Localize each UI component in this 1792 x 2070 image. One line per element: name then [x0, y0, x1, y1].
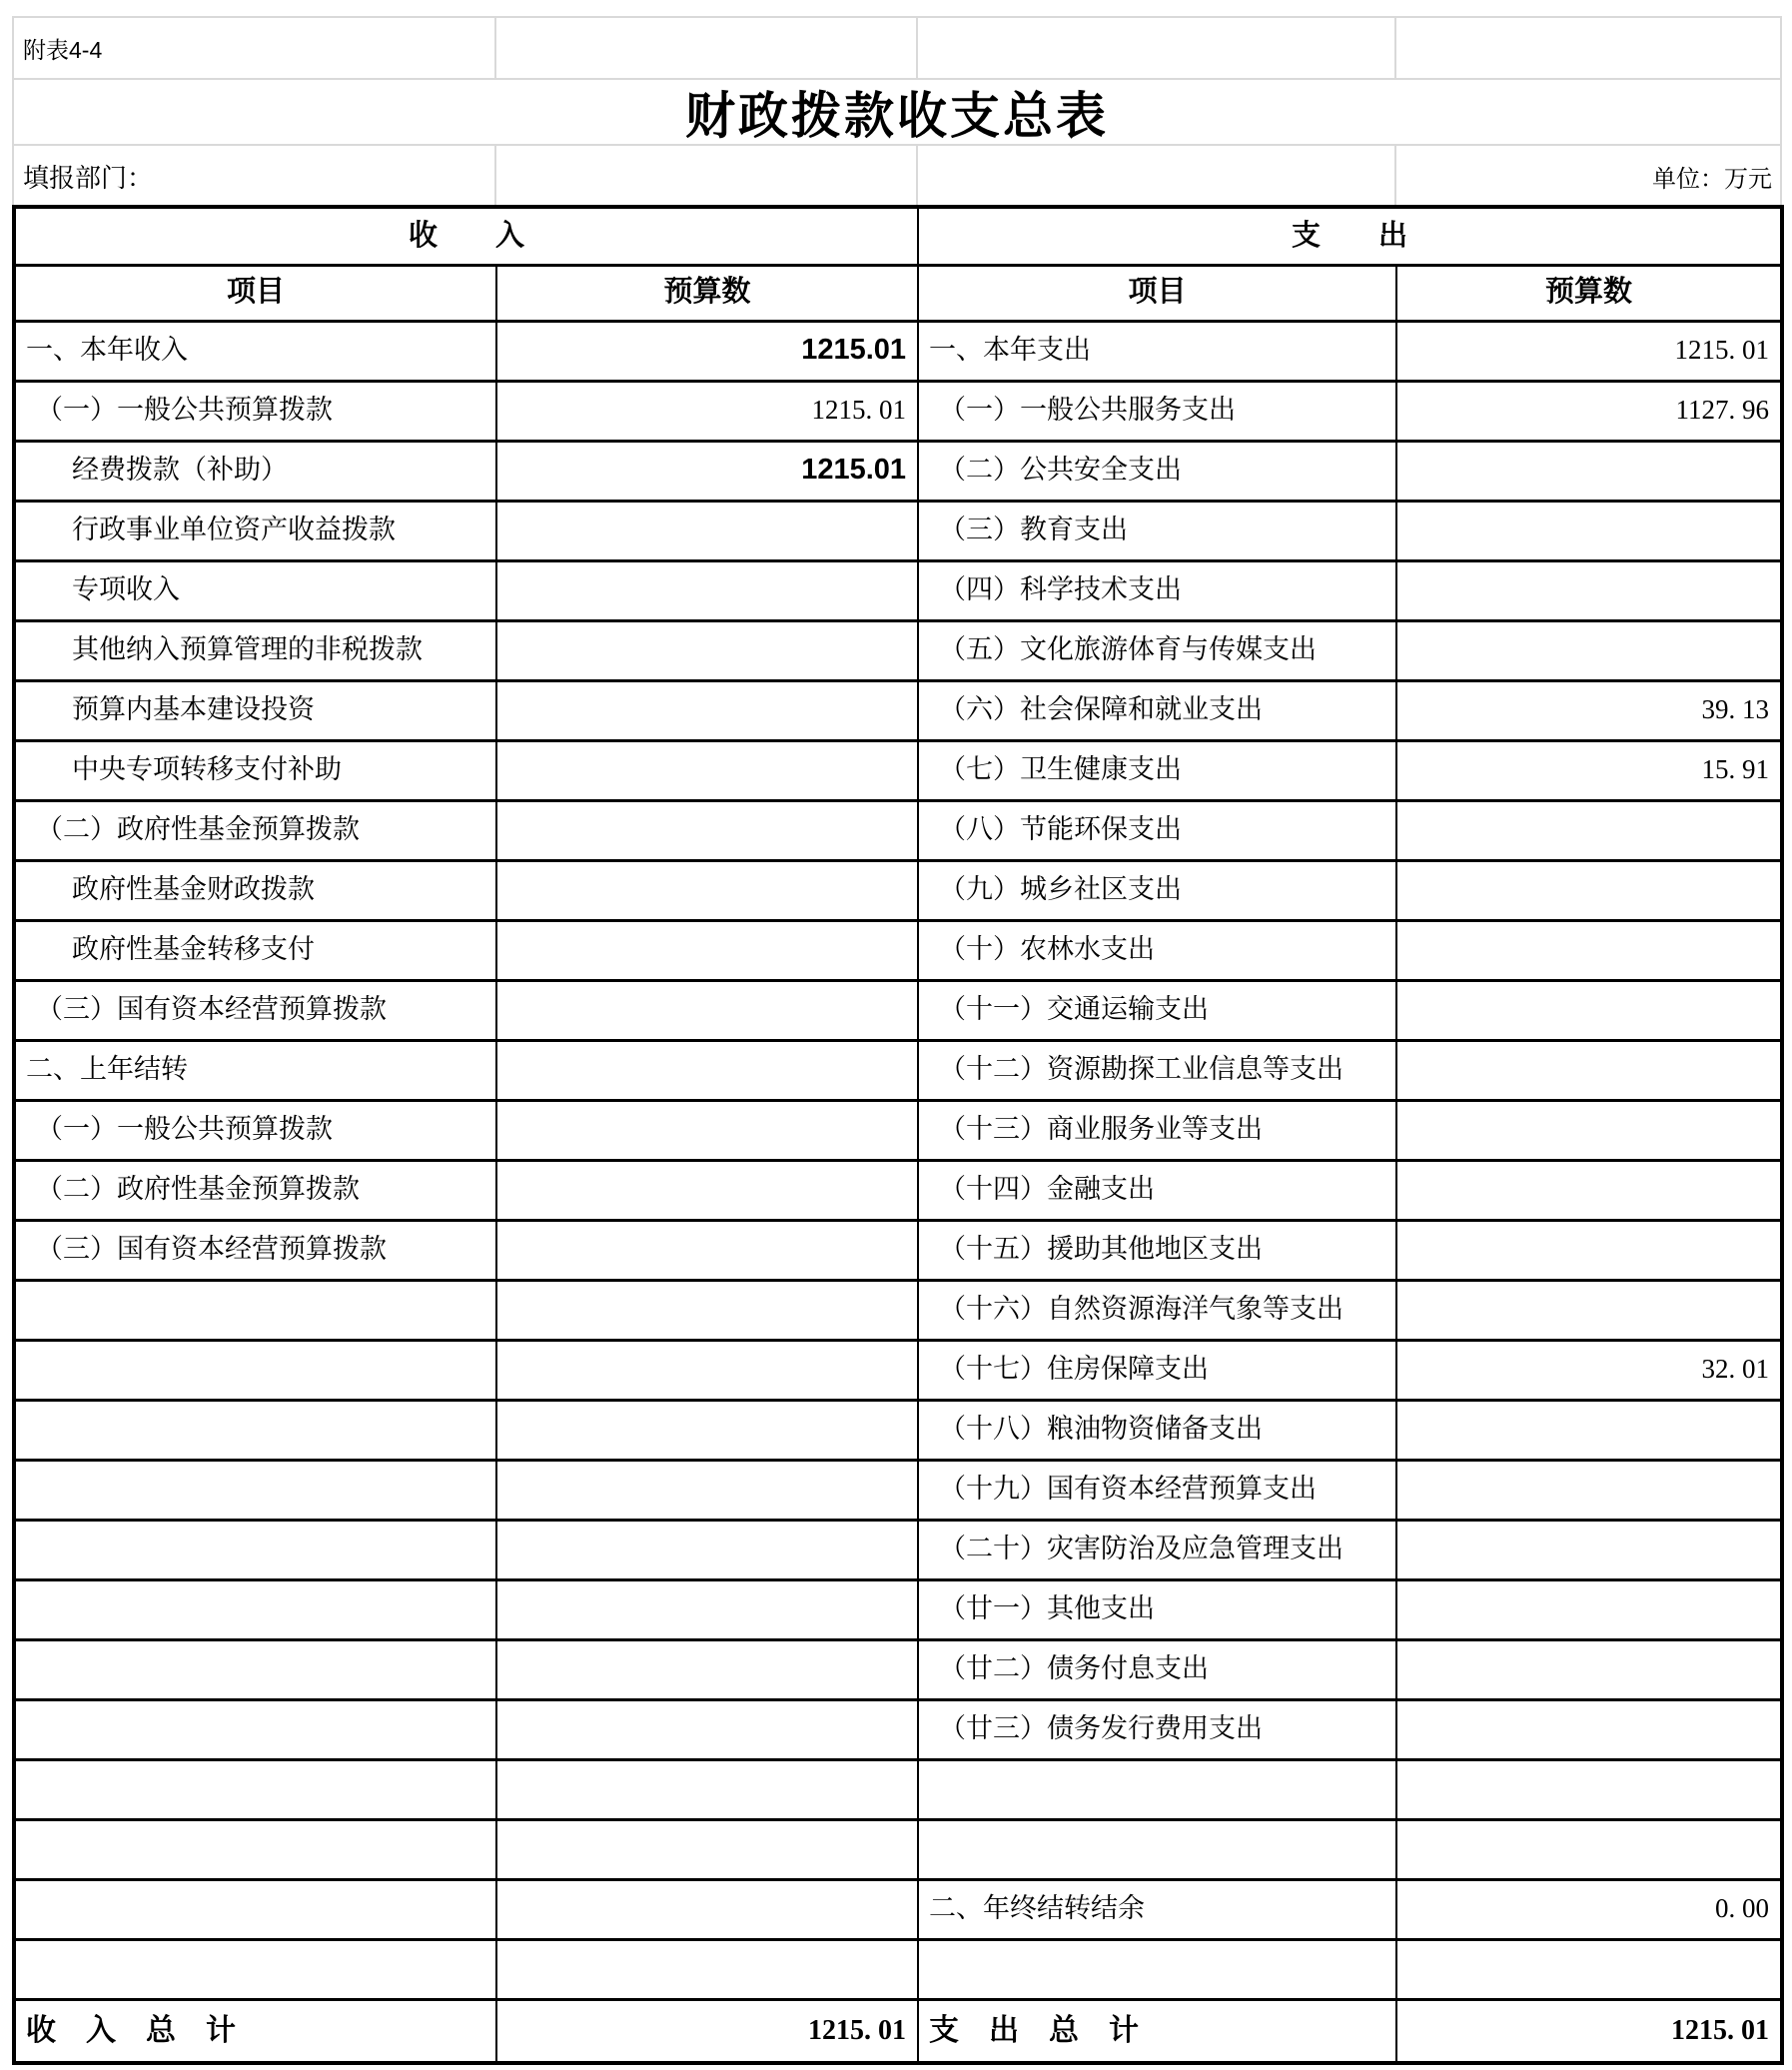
expense-item-cell: （八）节能环保支出	[918, 800, 1396, 860]
table-row: （十六）自然资源海洋气象等支出	[14, 1280, 1782, 1340]
expense-value-cell: 32. 01	[1396, 1340, 1782, 1400]
table-row: （廿三）债务发行费用支出	[14, 1699, 1782, 1759]
income-item-cell: 中央专项转移支付补助	[14, 740, 496, 800]
expense-item-cell: （廿二）债务付息支出	[918, 1639, 1396, 1699]
expense-item-cell: （六）社会保障和就业支出	[918, 680, 1396, 740]
expense-item-cell: （四）科学技术支出	[918, 560, 1396, 620]
header-grid-cell	[496, 18, 918, 80]
expense-value-cell	[1396, 1579, 1782, 1639]
expense-item-cell: （一）一般公共服务支出	[918, 381, 1396, 441]
expense-value-cell	[1396, 1460, 1782, 1520]
expense-item-cell: （三）教育支出	[918, 501, 1396, 560]
income-item-cell	[14, 1280, 496, 1340]
table-row: （三）国有资本经营预算拨款（十一）交通运输支出	[14, 980, 1782, 1040]
expense-value-cell	[1396, 980, 1782, 1040]
top-header-grid: 附表4-4 财政拨款收支总表 填报部门： 单位：万元	[12, 16, 1782, 207]
income-value-cell	[496, 740, 918, 800]
table-row: 二、上年结转（十二）资源勘探工业信息等支出	[14, 1040, 1782, 1100]
income-budget-header: 预算数	[496, 265, 918, 321]
income-item-cell	[14, 1819, 496, 1879]
header-grid-cell	[918, 18, 1396, 80]
income-value-cell	[496, 1879, 918, 1939]
expense-value-cell: 39. 13	[1396, 680, 1782, 740]
income-item-cell	[14, 1939, 496, 1999]
unit-label: 单位：万元	[1652, 159, 1772, 194]
income-value-cell	[496, 1040, 918, 1100]
table-row: 其他纳入预算管理的非税拨款（五）文化旅游体育与传媒支出	[14, 620, 1782, 680]
income-section-header: 收 入	[14, 207, 918, 265]
income-item-cell: 政府性基金转移支付	[14, 920, 496, 980]
income-item-cell: （二）政府性基金预算拨款	[14, 800, 496, 860]
income-item-cell: （一）一般公共预算拨款	[14, 1100, 496, 1160]
expense-item-cell	[918, 1819, 1396, 1879]
income-value-cell: 1215. 01	[496, 381, 918, 441]
income-item-header: 项目	[14, 265, 496, 321]
income-value-cell	[496, 1759, 918, 1819]
expense-value-cell	[1396, 1520, 1782, 1579]
expense-value-cell	[1396, 860, 1782, 920]
income-value-cell	[496, 860, 918, 920]
table-row: 专项收入（四）科学技术支出	[14, 560, 1782, 620]
column-header-row: 项目 预算数 项目 预算数	[14, 265, 1782, 321]
expense-value-cell	[1396, 1699, 1782, 1759]
expense-value-cell	[1396, 1400, 1782, 1460]
expense-item-cell: （廿三）债务发行费用支出	[918, 1699, 1396, 1759]
expense-value-cell	[1396, 1220, 1782, 1280]
income-value-cell	[496, 1460, 918, 1520]
income-value-cell	[496, 501, 918, 560]
table-row: 一、本年收入1215.01一、本年支出1215. 01	[14, 321, 1782, 381]
table-row: （廿一）其他支出	[14, 1579, 1782, 1639]
income-value-cell	[496, 1220, 918, 1280]
expense-value-cell: 15. 91	[1396, 740, 1782, 800]
expense-value-cell: 1215. 01	[1396, 321, 1782, 381]
table-row: （廿二）债务付息支出	[14, 1639, 1782, 1699]
income-item-cell: 其他纳入预算管理的非税拨款	[14, 620, 496, 680]
expense-item-cell: （九）城乡社区支出	[918, 860, 1396, 920]
table-row: 政府性基金转移支付（十）农林水支出	[14, 920, 1782, 980]
income-item-cell: 一、本年收入	[14, 321, 496, 381]
table-row: （三）国有资本经营预算拨款（十五）援助其他地区支出	[14, 1220, 1782, 1280]
table-row: （一）一般公共预算拨款1215. 01（一）一般公共服务支出1127. 96	[14, 381, 1782, 441]
income-value-cell	[496, 1160, 918, 1220]
expense-value-cell	[1396, 800, 1782, 860]
income-item-cell	[14, 1879, 496, 1939]
income-item-cell: 专项收入	[14, 560, 496, 620]
header-grid-cell	[1396, 18, 1782, 80]
department-label-cell: 填报部门：	[14, 146, 496, 207]
expense-item-cell: （七）卫生健康支出	[918, 740, 1396, 800]
expense-value-cell	[1396, 620, 1782, 680]
expense-value-cell: 1127. 96	[1396, 381, 1782, 441]
income-value-cell	[496, 1280, 918, 1340]
section-header-row: 收 入 支 出	[14, 207, 1782, 265]
table-row: （十九）国有资本经营预算支出	[14, 1460, 1782, 1520]
expense-item-cell	[918, 1939, 1396, 1999]
income-value-cell	[496, 1579, 918, 1639]
expense-value-cell	[1396, 1759, 1782, 1819]
expense-value-cell	[1396, 1639, 1782, 1699]
income-value-cell	[496, 1400, 918, 1460]
expense-value-cell	[1396, 1040, 1782, 1100]
table-row	[14, 1939, 1782, 1999]
table-row: （十七）住房保障支出32. 01	[14, 1340, 1782, 1400]
unit-label-cell: 单位：万元	[1396, 146, 1782, 207]
expense-value-cell	[1396, 501, 1782, 560]
income-value-cell	[496, 1939, 918, 1999]
table-row: 经费拨款（补助）1215.01（二）公共安全支出	[14, 441, 1782, 501]
income-item-cell: （一）一般公共预算拨款	[14, 381, 496, 441]
expense-value-cell	[1396, 1280, 1782, 1340]
expense-item-header: 项目	[918, 265, 1396, 321]
expense-total-value: 1215. 01	[1396, 1999, 1782, 2063]
expense-item-cell: （十六）自然资源海洋气象等支出	[918, 1280, 1396, 1340]
expense-budget-header: 预算数	[1396, 265, 1782, 321]
income-value-cell: 1215.01	[496, 441, 918, 501]
department-label: 填报部门：	[23, 158, 153, 195]
expense-value-cell	[1396, 1100, 1782, 1160]
expense-value-cell	[1396, 920, 1782, 980]
income-item-cell	[14, 1520, 496, 1579]
income-value-cell	[496, 680, 918, 740]
income-item-cell: （三）国有资本经营预算拨款	[14, 980, 496, 1040]
table-row: 二、年终结转结余0. 00	[14, 1879, 1782, 1939]
page-title-cell: 财政拨款收支总表	[14, 80, 1782, 146]
income-value-cell: 1215.01	[496, 321, 918, 381]
income-total-label: 收 入 总 计	[14, 1999, 496, 2063]
table-row: （二十）灾害防治及应急管理支出	[14, 1520, 1782, 1579]
page-title: 财政拨款收支总表	[685, 80, 1109, 146]
table-row: （一）一般公共预算拨款（十三）商业服务业等支出	[14, 1100, 1782, 1160]
table-row	[14, 1759, 1782, 1819]
income-value-cell	[496, 1699, 918, 1759]
table-row: 政府性基金财政拨款（九）城乡社区支出	[14, 860, 1782, 920]
income-item-cell: 行政事业单位资产收益拨款	[14, 501, 496, 560]
page: 附表4-4 财政拨款收支总表 填报部门： 单位：万元 收 入 支 出 项目	[0, 0, 1792, 2070]
expense-value-cell	[1396, 1819, 1782, 1879]
expense-item-cell: 一、本年支出	[918, 321, 1396, 381]
income-item-cell: 预算内基本建设投资	[14, 680, 496, 740]
income-item-cell	[14, 1400, 496, 1460]
table-row: 中央专项转移支付补助（七）卫生健康支出15. 91	[14, 740, 1782, 800]
expense-item-cell: （廿一）其他支出	[918, 1579, 1396, 1639]
income-item-cell: 政府性基金财政拨款	[14, 860, 496, 920]
table-row: （二）政府性基金预算拨款（八）节能环保支出	[14, 800, 1782, 860]
expense-value-cell	[1396, 1939, 1782, 1999]
expense-total-label: 支 出 总 计	[918, 1999, 1396, 2063]
income-item-cell	[14, 1639, 496, 1699]
expense-value-cell	[1396, 1160, 1782, 1220]
income-item-cell: （三）国有资本经营预算拨款	[14, 1220, 496, 1280]
income-item-cell	[14, 1579, 496, 1639]
header-grid-cell	[918, 146, 1396, 207]
expense-item-cell: （五）文化旅游体育与传媒支出	[918, 620, 1396, 680]
income-value-cell	[496, 620, 918, 680]
attachment-table-label: 附表4-4	[14, 18, 496, 80]
table-row	[14, 1819, 1782, 1879]
expense-item-cell: （十八）粮油物资储备支出	[918, 1400, 1396, 1460]
table-body: 一、本年收入1215.01一、本年支出1215. 01（一）一般公共预算拨款12…	[14, 321, 1782, 1999]
table-row: （二）政府性基金预算拨款（十四）金融支出	[14, 1160, 1782, 1220]
income-value-cell	[496, 560, 918, 620]
income-value-cell	[496, 1520, 918, 1579]
total-row: 收 入 总 计 1215. 01 支 出 总 计 1215. 01	[14, 1999, 1782, 2063]
income-value-cell	[496, 1100, 918, 1160]
income-item-cell: （二）政府性基金预算拨款	[14, 1160, 496, 1220]
income-item-cell	[14, 1759, 496, 1819]
table-row: 行政事业单位资产收益拨款（三）教育支出	[14, 501, 1782, 560]
expense-item-cell: （十九）国有资本经营预算支出	[918, 1460, 1396, 1520]
income-value-cell	[496, 1639, 918, 1699]
income-item-cell	[14, 1340, 496, 1400]
income-item-cell	[14, 1460, 496, 1520]
expense-value-cell: 0. 00	[1396, 1879, 1782, 1939]
expense-item-cell: （二）公共安全支出	[918, 441, 1396, 501]
expense-item-cell: （十）农林水支出	[918, 920, 1396, 980]
expense-value-cell	[1396, 560, 1782, 620]
expense-item-cell: 二、年终结转结余	[918, 1879, 1396, 1939]
expense-section-header: 支 出	[918, 207, 1782, 265]
expense-item-cell: （十五）援助其他地区支出	[918, 1220, 1396, 1280]
header-grid-cell	[496, 146, 918, 207]
income-value-cell	[496, 800, 918, 860]
expense-item-cell: （十四）金融支出	[918, 1160, 1396, 1220]
table-row: 预算内基本建设投资（六）社会保障和就业支出39. 13	[14, 680, 1782, 740]
expense-item-cell: （二十）灾害防治及应急管理支出	[918, 1520, 1396, 1579]
income-item-cell	[14, 1699, 496, 1759]
attachment-table-label-text: 附表4-4	[23, 32, 102, 65]
income-value-cell	[496, 1340, 918, 1400]
income-total-value: 1215. 01	[496, 1999, 918, 2063]
expense-item-cell	[918, 1759, 1396, 1819]
expense-item-cell: （十一）交通运输支出	[918, 980, 1396, 1040]
expense-item-cell: （十三）商业服务业等支出	[918, 1100, 1396, 1160]
income-value-cell	[496, 980, 918, 1040]
income-value-cell	[496, 1819, 918, 1879]
expense-item-cell: （十七）住房保障支出	[918, 1340, 1396, 1400]
income-item-cell: 二、上年结转	[14, 1040, 496, 1100]
income-item-cell: 经费拨款（补助）	[14, 441, 496, 501]
main-table: 收 入 支 出 项目 预算数 项目 预算数 一、本年收入1215.01一、本年支…	[12, 205, 1784, 2065]
expense-item-cell: （十二）资源勘探工业信息等支出	[918, 1040, 1396, 1100]
table-row: （十八）粮油物资储备支出	[14, 1400, 1782, 1460]
income-value-cell	[496, 920, 918, 980]
expense-value-cell	[1396, 441, 1782, 501]
